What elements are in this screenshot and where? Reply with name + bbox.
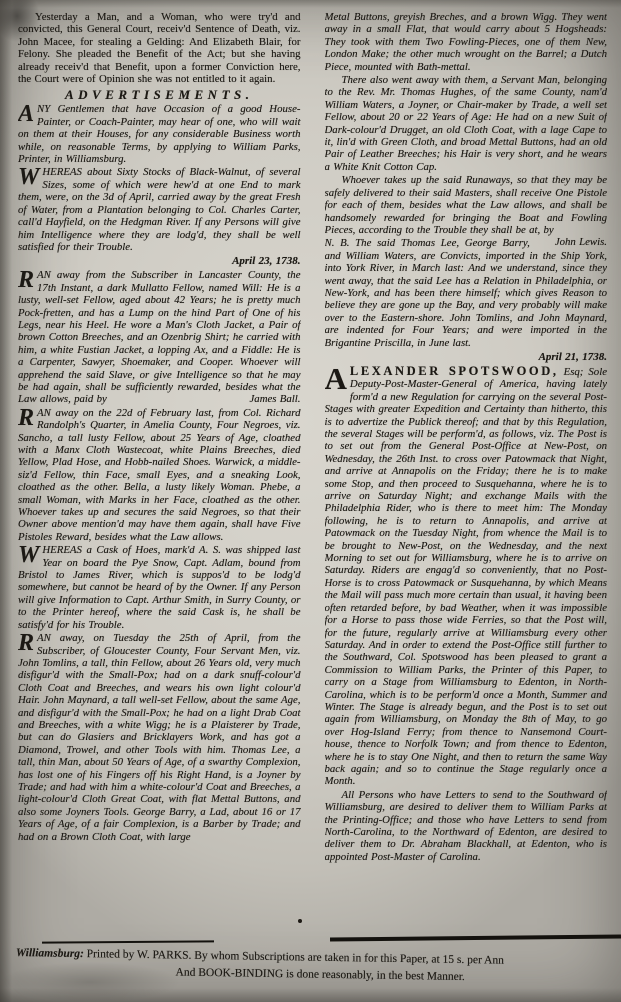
post-office-notice-text: Sole Deputy-Post-Master-General of Ameri… [325, 366, 608, 787]
drop-cap-a: A [325, 365, 350, 391]
ad-black-walnut-text: HEREAS about Sixty Stocks of Black-Walnu… [18, 166, 301, 252]
date-line-april-21: April 21, 1738. [325, 350, 608, 364]
separator-dot [298, 919, 302, 923]
news-item: Yesterday a Man, and a Woman, who were t… [18, 11, 301, 85]
ad-house-painter-text: NY Gentlemen that have Occasion of a goo… [18, 103, 301, 165]
ad-runaway-will-text: AN away from the Subscriber in Lancaster… [18, 269, 301, 405]
scan-artifact-bottom-edge [0, 988, 621, 1002]
imprint-printer: Printed by W. PARKS. By whom Subscriptio… [87, 948, 504, 967]
spotswood-name: LEXANDER SPOTSWOOD, [350, 364, 559, 378]
left-column: Yesterday a Man, and a Woman, who were t… [18, 11, 301, 935]
page-body: Yesterday a Man, and a Woman, who were t… [18, 11, 607, 935]
drop-cap-r: R [18, 407, 37, 428]
drop-cap-r: R [18, 632, 37, 653]
ad-servant-william-waters: There also went away with them, a Servan… [325, 74, 608, 173]
ad-runaway-servants-text: AN away, on Tuesday the 25th of April, f… [18, 632, 301, 843]
ad-house-painter: ANY Gentlemen that have Occasion of a go… [18, 103, 301, 165]
ad-runaway-negroes: RAN away on the 22d of February last, fr… [18, 407, 301, 543]
signature-james-ball: James Ball. [242, 393, 301, 405]
advertisements-heading: ADVERTISEMENTS. [18, 87, 301, 102]
drop-cap-a: A [18, 103, 37, 124]
ad-cask-of-hoes: WHEREAS a Cask of Hoes, mark'd A. S. was… [18, 544, 301, 631]
post-office-notice: ALEXANDER SPOTSWOOD, Esq; Sole Deputy-Po… [325, 365, 608, 788]
ad-runaways-reward-text: Whoever takes up the said Runaways, so t… [325, 174, 608, 236]
ad-runaway-servants: RAN away, on Tuesday the 25th of April, … [18, 632, 301, 843]
imprint-place: Williamsburg: [16, 947, 84, 960]
ad-runaway-servants-continued: Metal Buttons, greyish Breches, and a br… [325, 11, 608, 73]
ad-runaway-will: RAN away from the Subscriber in Lancaste… [18, 269, 301, 405]
scan-artifact-left-edge [0, 0, 12, 1002]
spotswood-title: Esq; [564, 366, 584, 378]
ad-runaways-reward: Whoever takes up the said Runaways, so t… [325, 174, 608, 236]
scan-artifact-top-edge [0, 0, 621, 8]
horizontal-rule-right [330, 934, 621, 941]
letters-delivery-notice: All Persons who have Letters to send to … [325, 789, 608, 863]
ad-runaway-negroes-text: AN away on the 22d of February last, fro… [18, 407, 301, 543]
imprint-footer: Williamsburg: Printed by W. PARKS. By wh… [15, 946, 615, 987]
newspaper-page: Yesterday a Man, and a Woman, who were t… [0, 0, 621, 1002]
horizontal-rule-left [42, 940, 214, 943]
right-column: Metal Buttons, greyish Breches, and a br… [325, 11, 608, 935]
nota-bene-convicts: N. B. The said Thomas Lee, George Barry,… [325, 237, 608, 349]
drop-cap-w: W [18, 166, 42, 187]
ad-black-walnut: WHEREAS about Sixty Stocks of Black-Waln… [18, 166, 301, 253]
ad-cask-of-hoes-text: HEREAS a Cask of Hoes, mark'd A. S. was … [18, 544, 301, 630]
drop-cap-w: W [18, 544, 42, 565]
signature-john-lewis: John Lewis. [530, 236, 607, 248]
drop-cap-r: R [18, 269, 37, 290]
date-line-april-23: April 23, 1738. [18, 254, 301, 268]
